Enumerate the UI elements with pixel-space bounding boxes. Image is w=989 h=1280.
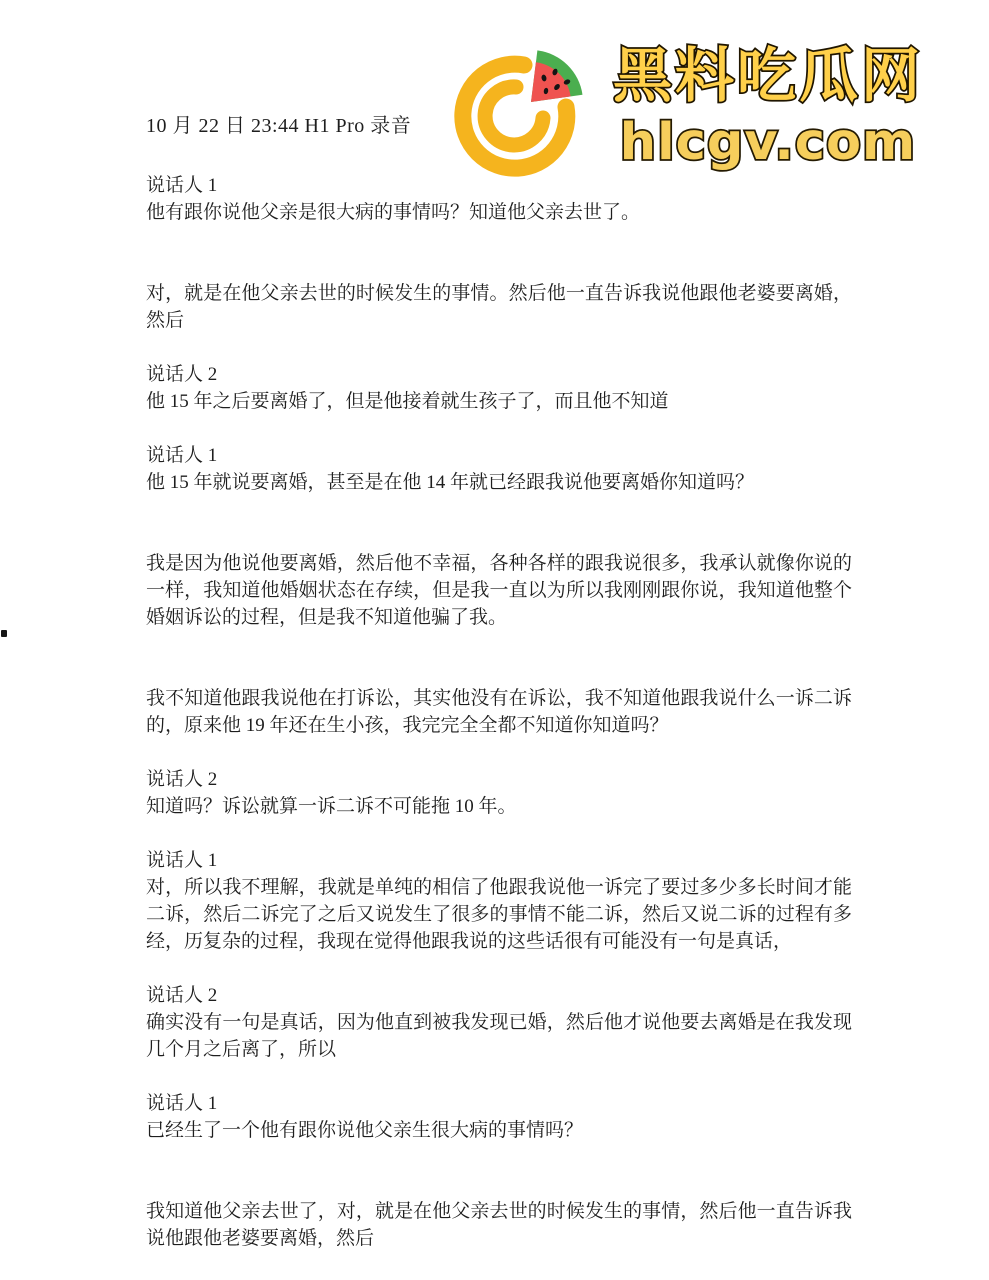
transcript-block: 说话人 1 他有跟你说他父亲是很大病的事情吗？知道他父亲去世了。 (146, 172, 852, 226)
transcript-block: 说话人 2 他 15 年之后要离婚了，但是他接着就生孩子了，而且他不知道 (146, 361, 852, 415)
transcript-block: 说话人 2 知道吗？诉讼就算一诉二诉不可能拖 10 年。 (146, 766, 852, 820)
utterance-text: 我是因为他说他要离婚，然后他不幸福，各种各样的跟我说很多，我承认就像你说的一样，… (146, 550, 852, 631)
speaker-label: 说话人 2 (146, 361, 852, 388)
recording-title: 10 月 22 日 23:44 H1 Pro 录音 (146, 112, 852, 140)
transcript-block: 说话人 1 已经生了一个他有跟你说他父亲生很大病的事情吗？ (146, 1090, 852, 1144)
utterance-text: 对，就是在他父亲去世的时候发生的事情。然后他一直告诉我说他跟他老婆要离婚，然后 (146, 280, 852, 334)
transcript-block: 说话人 2 确实没有一句是真话，因为他直到被我发现已婚，然后他才说他要去离婚是在… (146, 982, 852, 1063)
transcript-block: 我不知道他跟我说他在打诉讼，其实他没有在诉讼，我不知道他跟我说什么一诉二诉的，原… (146, 685, 852, 739)
utterance-text: 确实没有一句是真话，因为他直到被我发现已婚，然后他才说他要去离婚是在我发现几个月… (146, 1009, 852, 1063)
site-name-text: 黑料吃瓜网 (585, 38, 951, 114)
speaker-label: 说话人 1 (146, 442, 852, 469)
utterance-text: 我知道他父亲去世了，对，就是在他父亲去世的时候发生的事情，然后他一直告诉我说他跟… (146, 1198, 852, 1252)
utterance-text: 知道吗？诉讼就算一诉二诉不可能拖 10 年。 (146, 793, 852, 820)
document-page: 黑料吃瓜网 hlcgv.com 10 月 22 日 23:44 H1 Pro 录… (0, 0, 989, 1280)
transcript-block: 说话人 1 对，所以我不理解，我就是单纯的相信了他跟我说他一诉完了要过多少多长时… (146, 847, 852, 955)
utterance-text: 对，所以我不理解，我就是单纯的相信了他跟我说他一诉完了要过多少多长时间才能二诉，… (146, 874, 852, 955)
transcript-block: 我是因为他说他要离婚，然后他不幸福，各种各样的跟我说很多，我承认就像你说的一样，… (146, 550, 852, 631)
utterance-text: 我不知道他跟我说他在打诉讼，其实他没有在诉讼，我不知道他跟我说什么一诉二诉的，原… (146, 685, 852, 739)
transcript: 10 月 22 日 23:44 H1 Pro 录音 说话人 1 他有跟你说他父亲… (146, 112, 852, 1252)
utterance-text: 他有跟你说他父亲是很大病的事情吗？知道他父亲去世了。 (146, 199, 852, 226)
speaker-label: 说话人 1 (146, 172, 852, 199)
transcript-block: 我知道他父亲去世了，对，就是在他父亲去世的时候发生的事情，然后他一直告诉我说他跟… (146, 1198, 852, 1252)
speaker-label: 说话人 1 (146, 847, 852, 874)
stray-ink-dot (1, 630, 7, 637)
utterance-text: 他 15 年之后要离婚了，但是他接着就生孩子了，而且他不知道 (146, 388, 852, 415)
speaker-label: 说话人 1 (146, 1090, 852, 1117)
utterance-text: 已经生了一个他有跟你说他父亲生很大病的事情吗？ (146, 1117, 852, 1144)
transcript-block: 说话人 1 他 15 年就说要离婚，甚至是在他 14 年就已经跟我说他要离婚你知… (146, 442, 852, 496)
speaker-label: 说话人 2 (146, 982, 852, 1009)
speaker-label: 说话人 2 (146, 766, 852, 793)
transcript-block: 对，就是在他父亲去世的时候发生的事情。然后他一直告诉我说他跟他老婆要离婚，然后 (146, 280, 852, 334)
utterance-text: 他 15 年就说要离婚，甚至是在他 14 年就已经跟我说他要离婚你知道吗？ (146, 469, 852, 496)
